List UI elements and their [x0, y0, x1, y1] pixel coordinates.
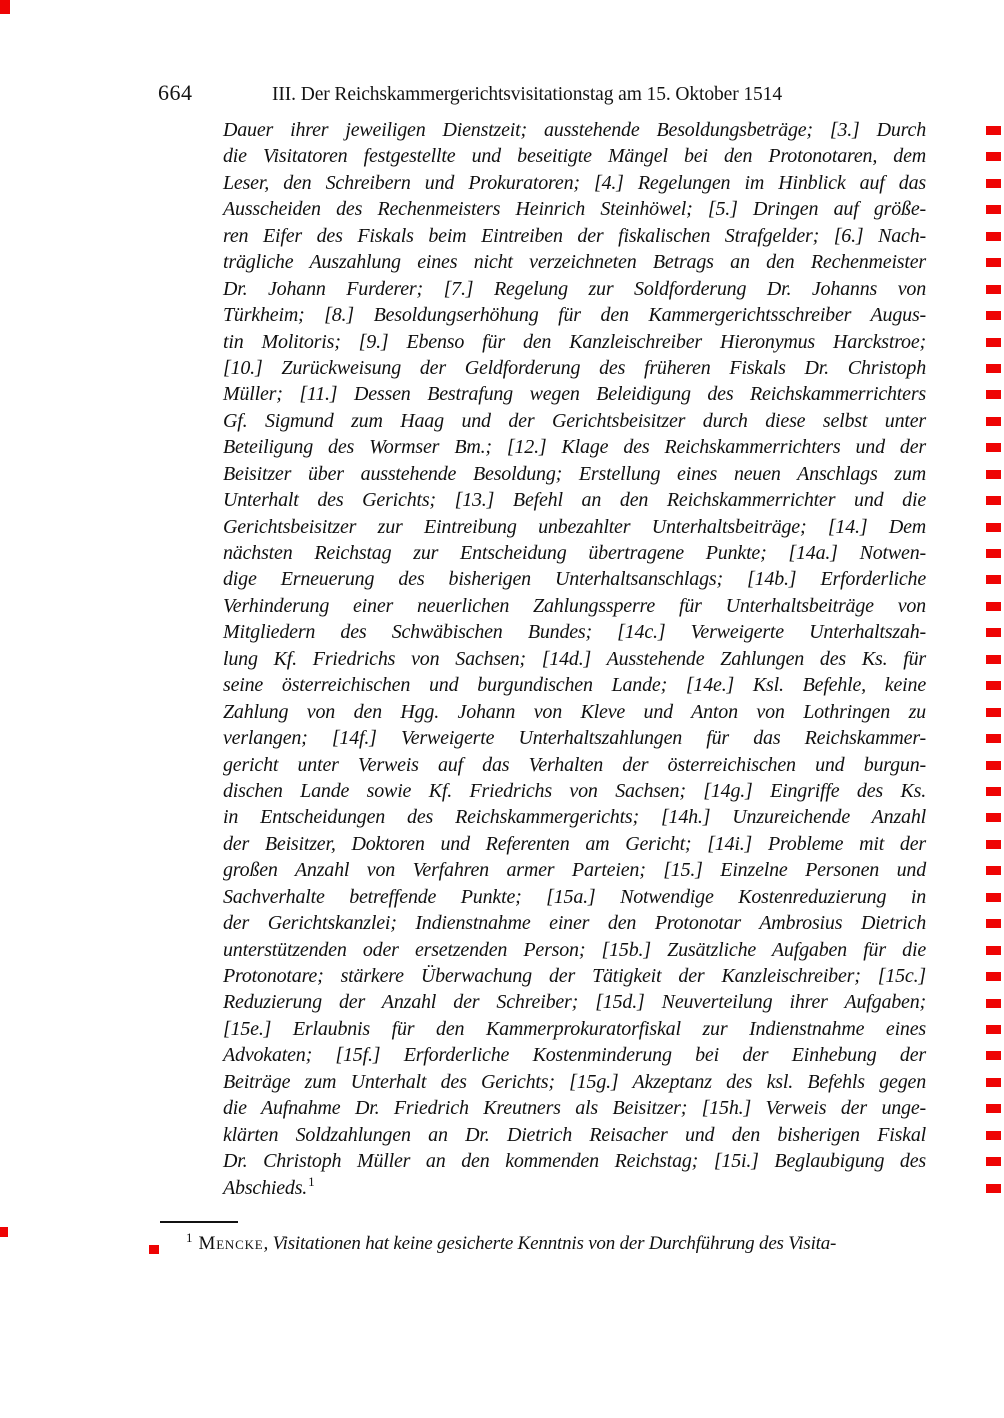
page-number: 664: [158, 81, 193, 105]
line-end-annotation-mark: [986, 602, 1001, 611]
line-end-annotation-mark: [986, 470, 1001, 479]
text-line: Beisitzer über ausstehende Besoldung; Er…: [223, 461, 926, 487]
line-end-annotation-mark: [986, 179, 1001, 188]
text-line: Türkheim; [8.] Besoldungserhöhung für de…: [223, 302, 926, 328]
text-line: seine österreichischen und burgundischen…: [223, 672, 926, 698]
line-end-annotation-mark: [986, 893, 1001, 902]
line-end-annotation-mark: [986, 1104, 1001, 1113]
text-line: lung Kf. Friedrichs von Sachsen; [14d.] …: [223, 646, 926, 672]
text-line: Gerichtsbeisitzer zur Eintreibung unbeza…: [223, 514, 926, 540]
line-end-annotation-mark: [986, 1131, 1001, 1140]
book-page: 664 III. Der Reichskammergerichtsvisitat…: [0, 0, 1004, 1418]
line-end-annotation-mark: [986, 232, 1001, 241]
footnote-author: Mencke: [199, 1233, 264, 1254]
annotation-mark: [0, 0, 10, 14]
line-end-annotation-mark: [986, 708, 1001, 717]
text-line: Reduzierung der Anzahl der Schreiber; [1…: [223, 989, 926, 1015]
text-line: die Visitatoren festgestellte und beseit…: [223, 143, 926, 169]
text-line: trägliche Auszahlung eines nicht verzeic…: [223, 249, 926, 275]
text-line: Protonotare; stärkere Überwachung der Tä…: [223, 963, 926, 989]
line-end-annotation-mark: [986, 1025, 1001, 1034]
text-line: der Beisitzer, Doktoren und Referenten a…: [223, 831, 926, 857]
running-header-title: III. Der Reichskammergerichtsvisitations…: [272, 84, 782, 106]
text-line: der Gerichtskanzlei; Indienstnahme einer…: [223, 910, 926, 936]
text-line: [10.] Zurückweisung der Geldforderung de…: [223, 355, 926, 381]
line-end-annotation-mark: [986, 152, 1001, 161]
line-end-annotation-mark: [986, 946, 1001, 955]
text-line: Beteiligung des Wormser Bm.; [12.] Klage…: [223, 434, 926, 460]
text-line: Verhinderung einer neuerlichen Zahlungss…: [223, 593, 926, 619]
line-end-annotation-mark: [986, 338, 1001, 347]
line-end-annotation-mark: [986, 1051, 1001, 1060]
line-end-annotation-mark: [986, 787, 1001, 796]
text-line: verlangen; [14f.] Verweigerte Unterhalts…: [223, 725, 926, 751]
line-end-annotation-mark: [986, 681, 1001, 690]
text-line: Dauer ihrer jeweiligen Dienstzeit; ausst…: [223, 117, 926, 143]
line-end-annotation-mark: [986, 285, 1001, 294]
text-line: gericht unter Verweis auf das Verhalten …: [223, 752, 926, 778]
line-end-annotation-mark: [986, 496, 1001, 505]
line-end-annotation-mark: [986, 999, 1001, 1008]
line-end-annotation-mark: [986, 443, 1001, 452]
text-line: Dr. Christoph Müller an den kommenden Re…: [223, 1148, 926, 1174]
footnote-text: , Visitationen hat keine gesicherte Kenn…: [264, 1233, 837, 1254]
text-line: Müller; [11.] Dessen Bestrafung wegen Be…: [223, 381, 926, 407]
text-line: nächsten Reichstag zur Entscheidung über…: [223, 540, 926, 566]
text-line: in Entscheidungen des Reichskammergerich…: [223, 804, 926, 830]
line-end-annotation-mark: [986, 1184, 1001, 1193]
text-line: Unterhalt des Gerichts; [13.] Befehl an …: [223, 487, 926, 513]
text-line: Dr. Johann Furderer; [7.] Regelung zur S…: [223, 276, 926, 302]
line-end-annotation-mark: [986, 1078, 1001, 1087]
line-end-annotation-mark: [986, 866, 1001, 875]
text-line: Advokaten; [15f.] Erforderliche Kostenmi…: [223, 1042, 926, 1068]
body-paragraph: Dauer ihrer jeweiligen Dienstzeit; ausst…: [223, 117, 926, 1201]
text-line: großen Anzahl von Verfahren armer Partei…: [223, 857, 926, 883]
line-end-annotation-mark: [986, 761, 1001, 770]
text-line: [15e.] Erlaubnis für den Kammerprokurato…: [223, 1016, 926, 1042]
line-end-annotation-mark: [986, 734, 1001, 743]
text-line: Zahlung von den Hgg. Johann von Kleve un…: [223, 699, 926, 725]
footnote: 1Mencke, Visitationen hat keine gesicher…: [186, 1231, 946, 1257]
line-end-annotation-mark: [986, 417, 1001, 426]
line-end-annotation-mark: [986, 311, 1001, 320]
line-end-annotation-mark: [986, 813, 1001, 822]
footnote-reference: 1: [308, 1174, 314, 1189]
text-line: Ausscheiden des Rechenmeisters Heinrich …: [223, 196, 926, 222]
line-end-annotation-mark: [986, 364, 1001, 373]
line-end-annotation-mark: [986, 972, 1001, 981]
text-line: Abschieds.1: [223, 1175, 926, 1201]
annotation-mark: [149, 1245, 159, 1254]
text-line: tin Molitoris; [9.] Ebenso für den Kanzl…: [223, 329, 926, 355]
text-line: ren Eifer des Fiskals beim Eintreiben de…: [223, 223, 926, 249]
line-end-annotation-mark: [986, 258, 1001, 267]
text-line: Sachverhalte betreffende Punkte; [15a.] …: [223, 884, 926, 910]
text-line: Beiträge zum Unterhalt des Gerichts; [15…: [223, 1069, 926, 1095]
line-end-annotation-mark: [986, 655, 1001, 664]
footnote-marker: 1: [186, 1230, 193, 1245]
line-end-annotation-mark: [986, 1157, 1001, 1166]
line-end-annotation-mark: [986, 205, 1001, 214]
annotation-mark: [0, 1227, 8, 1237]
text-line: dischen Lande sowie Kf. Friedrichs von S…: [223, 778, 926, 804]
line-end-annotation-mark: [986, 523, 1001, 532]
text-line: unterstützenden oder ersetzenden Person;…: [223, 937, 926, 963]
line-end-annotation-mark: [986, 126, 1001, 135]
text-line: Mitgliedern des Schwäbischen Bundes; [14…: [223, 619, 926, 645]
line-end-annotation-mark: [986, 919, 1001, 928]
text-line: dige Erneuerung des bisherigen Unterhalt…: [223, 566, 926, 592]
line-end-annotation-mark: [986, 549, 1001, 558]
text-line: Gf. Sigmund zum Haag und der Gerichtsbei…: [223, 408, 926, 434]
text-line: klärten Soldzahlungen an Dr. Dietrich Re…: [223, 1122, 926, 1148]
line-end-annotation-mark: [986, 575, 1001, 584]
line-end-annotation-mark: [986, 840, 1001, 849]
line-end-annotation-mark: [986, 628, 1001, 637]
text-line: die Aufnahme Dr. Friedrich Kreutners als…: [223, 1095, 926, 1121]
footnote-divider: [160, 1221, 238, 1223]
line-end-annotation-mark: [986, 390, 1001, 399]
text-line: Leser, den Schreibern und Prokuratoren; …: [223, 170, 926, 196]
